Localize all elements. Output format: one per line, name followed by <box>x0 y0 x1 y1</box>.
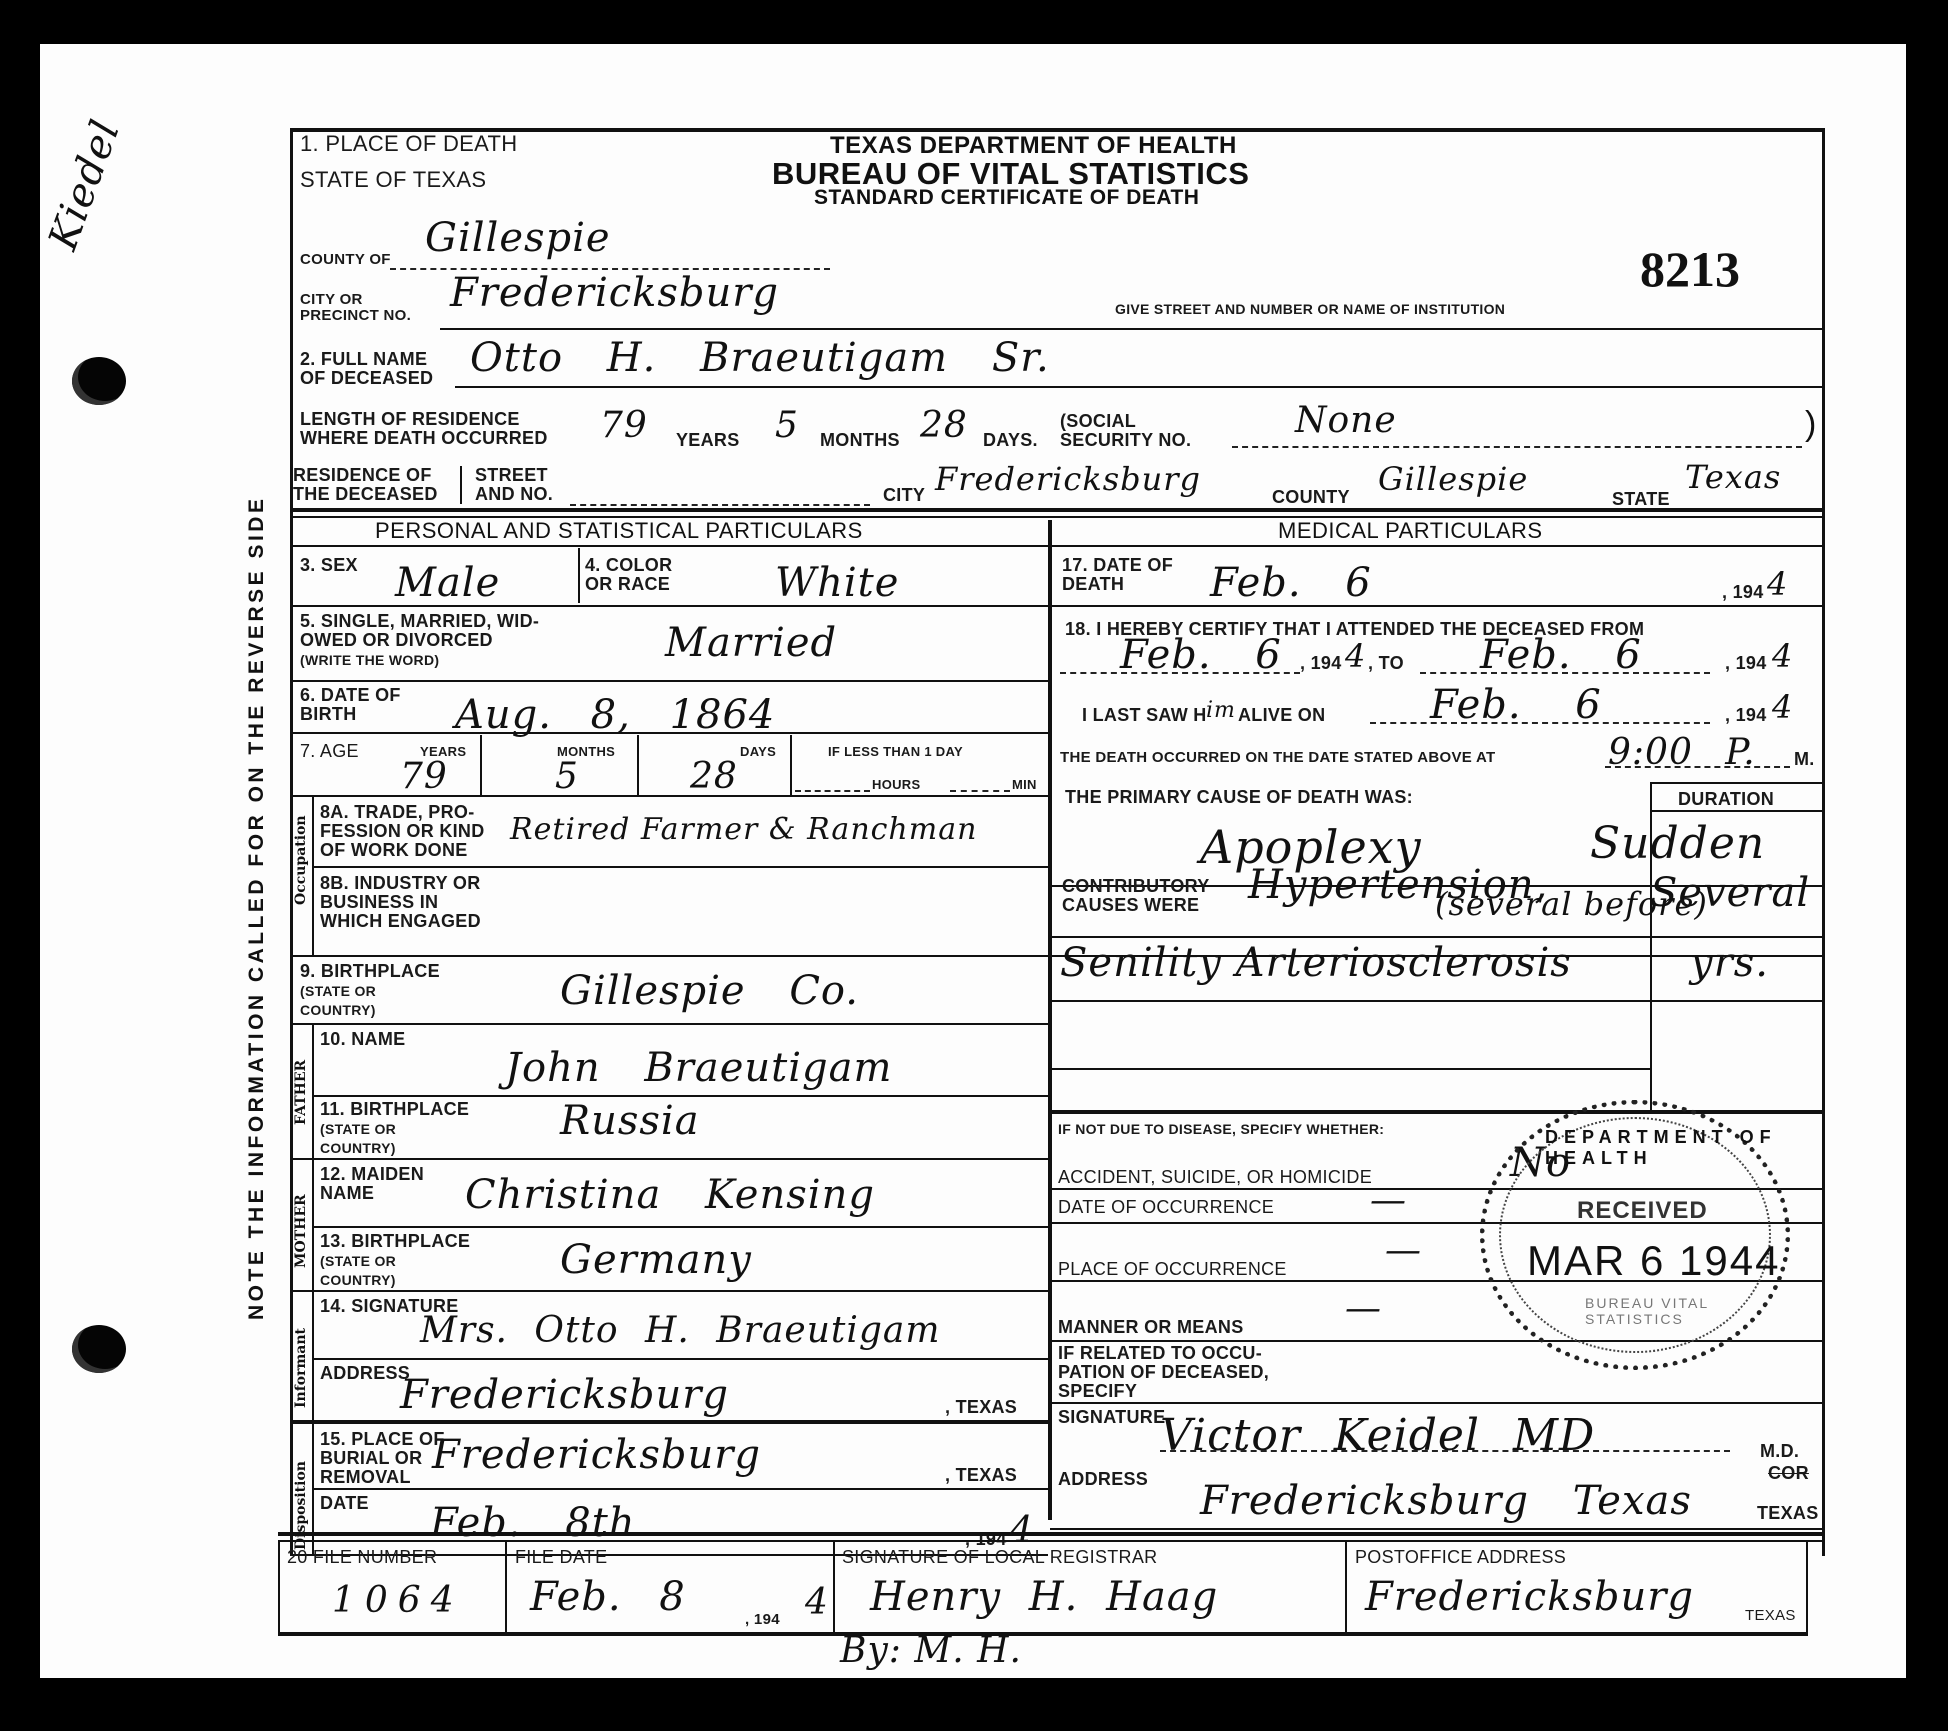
industry-label-line2: BUSINESS IN <box>320 892 438 912</box>
res-county-label: COUNTY <box>1272 488 1350 507</box>
residence-months-value[interactable]: 5 <box>775 405 799 446</box>
file-row-top-border-2 <box>278 1540 1825 1542</box>
stamp-bottom-text: BUREAU VITAL STATISTICS <box>1585 1295 1785 1327</box>
burial-label-line2: BURIAL OR <box>320 1448 422 1468</box>
father-name-value[interactable]: John Braeutigam <box>505 1045 892 1091</box>
father-birthplace-label-line1: 11. BIRTHPLACE <box>320 1099 469 1119</box>
years-label: YEARS <box>676 431 740 450</box>
marital-label-line1: 5. SINGLE, MARRIED, WID- <box>300 611 539 631</box>
sex-value[interactable]: Male <box>395 560 500 606</box>
industry-label: 8B. INDUSTRY ORBUSINESS INWHICH ENGAGED <box>320 874 481 931</box>
informant-texas-label: , TEXAS <box>945 1398 1017 1417</box>
row-divider-contributory-1 <box>1050 936 1825 938</box>
mother-birthplace-value[interactable]: Germany <box>560 1237 752 1283</box>
md-label: M.D. <box>1760 1442 1799 1461</box>
received-stamp: DEPARTMENT OF HEALTH RECEIVED MAR 6 1944… <box>1480 1100 1790 1370</box>
physician-texas-label: TEXAS <box>1757 1504 1819 1523</box>
contributory-label-line1: CONTRIBUTORY <box>1062 876 1210 896</box>
age-label: 7. AGE <box>300 742 359 761</box>
street-label: STREETAND NO. <box>475 466 553 504</box>
mother-name-label: 12. MAIDENNAME <box>320 1165 424 1203</box>
birthplace-label-line2: (STATE OR <box>300 983 376 999</box>
row-divider-contributory-2 <box>1050 1000 1825 1002</box>
medical-section-title: MEDICAL PARTICULARS <box>1278 518 1543 544</box>
occupation-related-label-line1: IF RELATED TO OCCU- <box>1058 1343 1262 1363</box>
manner-label: MANNER OR MEANS <box>1058 1318 1244 1337</box>
ssn-close-paren: ) <box>1805 405 1816 444</box>
attended-from-year-prefix: , 194 <box>1300 654 1342 673</box>
file-row-divider-2 <box>833 1540 835 1632</box>
mother-name-label-line2: NAME <box>320 1183 374 1203</box>
burial-texas-label: , TEXAS <box>945 1466 1017 1485</box>
section-header-divider <box>290 545 1825 547</box>
last-saw-underline <box>1370 722 1710 724</box>
marital-label: 5. SINGLE, MARRIED, WID-OWED OR DIVORCED… <box>300 612 539 669</box>
attended-from-underline <box>1060 672 1300 674</box>
primary-cause-label: THE PRIMARY CAUSE OF DEATH WAS: <box>1065 788 1413 807</box>
burial-label-line3: REMOVAL <box>320 1467 411 1487</box>
row-divider-father-name <box>312 1095 1048 1097</box>
full-name-label: 2. FULL NAMEOF DECEASED <box>300 350 433 388</box>
informant-tag-divider <box>312 1292 314 1420</box>
residence-length-label-line1: LENGTH OF RESIDENCE <box>300 409 520 429</box>
city-row-divider <box>440 328 1825 330</box>
residence-label: RESIDENCE OFTHE DECEASED <box>293 466 438 504</box>
row-divider-age <box>290 795 1048 797</box>
occurrence-date-label: DATE OF OCCURRENCE <box>1058 1198 1274 1217</box>
county-value[interactable]: Gillespie <box>425 215 611 261</box>
physician-address-label: ADDRESS <box>1058 1470 1148 1489</box>
death-time-suffix: M. <box>1794 750 1815 769</box>
file-date-label: FILE DATE <box>515 1548 607 1567</box>
residence-length-label: LENGTH OF RESIDENCEWHERE DEATH OCCURRED <box>300 410 548 448</box>
father-birthplace-label: 11. BIRTHPLACE(STATE ORCOUNTRY) <box>320 1100 469 1157</box>
city-value[interactable]: Fredericksburg <box>450 270 779 316</box>
date-of-death-label-line2: DEATH <box>1062 574 1124 594</box>
street-label-line2: AND NO. <box>475 484 553 504</box>
age-divider-3 <box>790 735 792 795</box>
reverse-side-note: NOTE THE INFORMATION CALLED FOR ON THE R… <box>245 496 269 1320</box>
ssn-label-line1: (SOCIAL <box>1060 411 1136 431</box>
min-label: MIN <box>1012 778 1037 792</box>
cor-label: COR <box>1768 1464 1809 1483</box>
file-year-prefix: , 194 <box>745 1612 780 1628</box>
race-label: 4. COLOROR RACE <box>585 556 672 594</box>
father-birthplace-label-line2: (STATE OR <box>320 1121 396 1137</box>
informant-address-value[interactable]: Fredericksburg <box>400 1372 729 1418</box>
last-saw-pronoun[interactable]: im <box>1206 698 1236 723</box>
father-tag: FATHER <box>293 1060 309 1125</box>
full-name-label-line1: 2. FULL NAME <box>300 349 427 369</box>
row-divider-death-date <box>1050 605 1825 607</box>
manner-value[interactable]: — <box>1345 1288 1382 1329</box>
trade-label-line2: FESSION OR KIND <box>320 821 485 841</box>
death-time-label: THE DEATH OCCURRED ON THE DATE STATED AB… <box>1060 750 1495 766</box>
county-label: COUNTY OF <box>300 252 391 268</box>
last-saw-label: I LAST SAW H <box>1082 706 1207 725</box>
mother-birthplace-label-line2: (STATE OR <box>320 1253 396 1269</box>
full-name-divider <box>455 386 1825 388</box>
street-hint: GIVE STREET AND NUMBER OR NAME OF INSTIT… <box>1115 302 1505 317</box>
postoffice-label: POSTOFFICE ADDRESS <box>1355 1548 1566 1567</box>
punch-hole-top <box>72 357 126 405</box>
birthplace-label: 9. BIRTHPLACE(STATE ORCOUNTRY) <box>300 962 440 1019</box>
residence-length-label-line2: WHERE DEATH OCCURRED <box>300 428 548 448</box>
age-months-value[interactable]: 5 <box>555 756 579 797</box>
registrar-label: SIGNATURE OF LOCAL REGISTRAR <box>842 1548 1157 1567</box>
disposition-tag: Disposition <box>293 1461 309 1550</box>
residence-days-value[interactable]: 28 <box>920 405 968 446</box>
last-saw-year-prefix: , 194 <box>1725 706 1767 725</box>
race-label-line1: 4. COLOR <box>585 555 672 575</box>
row-divider-mother-birthplace <box>290 1290 1048 1292</box>
city-label-line2: PRECINCT NO. <box>300 307 411 324</box>
occupation-related-label-line2: PATION OF DECEASED, <box>1058 1362 1269 1382</box>
burial-year-digit[interactable]: 4 <box>1010 1510 1034 1551</box>
contributory-duration-2[interactable]: yrs. <box>1690 940 1769 986</box>
last-saw-year-digit[interactable]: 4 <box>1772 688 1793 726</box>
age-days-value[interactable]: 28 <box>690 756 738 797</box>
hours-label: HOURS <box>872 778 920 792</box>
marital-value[interactable]: Married <box>665 620 837 666</box>
mother-birthplace-label-line3: COUNTRY) <box>320 1272 396 1288</box>
death-time-underline <box>1605 766 1790 768</box>
informant-address-label: ADDRESS <box>320 1364 410 1383</box>
trade-label-line1: 8A. TRADE, PRO- <box>320 802 475 822</box>
accident-label: ACCIDENT, SUICIDE, OR HOMICIDE <box>1058 1168 1372 1187</box>
date-of-death-year-digit[interactable]: 4 <box>1767 565 1788 603</box>
file-row-bottom-border <box>278 1632 1808 1636</box>
residence-divider <box>290 508 1825 512</box>
row-divider-burial <box>312 1488 1048 1490</box>
file-number-label: 20 FILE NUMBER <box>287 1548 437 1567</box>
date-of-death-label: 17. DATE OFDEATH <box>1062 556 1173 594</box>
residence-years-value[interactable]: 79 <box>600 405 648 446</box>
dob-label-line2: BIRTH <box>300 704 357 724</box>
primary-cause-duration[interactable]: Sudden <box>1590 818 1765 869</box>
res-state-label: STATE <box>1612 490 1670 509</box>
ssn-label: (SOCIALSECURITY NO. <box>1060 412 1191 450</box>
res-city-label: CITY <box>883 486 925 505</box>
contributory-label-line2: CAUSES WERE <box>1062 895 1199 915</box>
contributory-value-2[interactable]: Senility Arteriosclerosis <box>1060 940 1572 986</box>
ssn-underline <box>1232 446 1802 448</box>
date-of-death-label-line1: 17. DATE OF <box>1062 555 1173 575</box>
personal-section-title: PERSONAL AND STATISTICAL PARTICULARS <box>375 518 863 544</box>
contributory-label: CONTRIBUTORYCAUSES WERE <box>1062 877 1210 915</box>
age-years-value[interactable]: 79 <box>400 756 448 797</box>
burial-value[interactable]: Fredericksburg <box>432 1432 761 1478</box>
state-label: STATE OF TEXAS <box>300 168 486 191</box>
alive-on-label: ALIVE ON <box>1238 706 1325 725</box>
mother-birthplace-label-line1: 13. BIRTHPLACE <box>320 1231 470 1251</box>
mother-name-value[interactable]: Christina Kensing <box>465 1172 875 1218</box>
father-tag-divider <box>312 1025 314 1160</box>
marital-label-line3: (WRITE THE WORD) <box>300 652 439 668</box>
attended-from-year-digit[interactable]: 4 <box>1345 637 1366 675</box>
full-name-label-line2: OF DECEASED <box>300 368 433 388</box>
date-of-death-value[interactable]: Feb. 6 <box>1210 560 1372 606</box>
occurrence-place-value[interactable]: — <box>1385 1230 1422 1271</box>
mother-birthplace-label: 13. BIRTHPLACE(STATE ORCOUNTRY) <box>320 1232 470 1289</box>
industry-label-line3: WHICH ENGAGED <box>320 911 481 931</box>
contributory-duration-1[interactable]: Several <box>1650 870 1810 916</box>
street-underline <box>570 504 870 506</box>
age-divider-1 <box>480 735 482 795</box>
file-row-top-border <box>278 1532 1825 1536</box>
res-county-value[interactable]: Gillespie <box>1378 460 1528 498</box>
physician-signature-label: SIGNATURE <box>1058 1408 1165 1427</box>
less-than-day-label: IF LESS THAN 1 DAY <box>828 745 963 759</box>
stamp-received-label: RECEIVED <box>1577 1197 1708 1225</box>
days-label: DAYS. <box>983 431 1038 450</box>
residence-brace <box>460 466 462 504</box>
burial-date-label: DATE <box>320 1494 369 1513</box>
row-divider-father-birthplace <box>290 1158 1048 1160</box>
attended-to-underline <box>1420 672 1710 674</box>
row-divider-dob <box>290 732 1048 734</box>
ssn-label-line2: SECURITY NO. <box>1060 430 1191 450</box>
attended-to-year-digit[interactable]: 4 <box>1772 637 1793 675</box>
burial-label: 15. PLACE OFBURIAL ORREMOVAL <box>320 1430 445 1487</box>
sex-label: 3. SEX <box>300 556 358 575</box>
row-divider-physician-address <box>1050 1528 1825 1530</box>
stamp-received-date: MAR 6 1944 <box>1527 1237 1780 1285</box>
ssn-value[interactable]: None <box>1295 400 1397 441</box>
row-divider-sex <box>290 605 1048 607</box>
certificate-number: 8213 <box>1640 240 1740 298</box>
race-label-line2: OR RACE <box>585 574 670 594</box>
date-of-death-year-prefix: , 194 <box>1722 583 1764 602</box>
age-divider-2 <box>637 735 639 795</box>
occurrence-date-value[interactable]: — <box>1370 1180 1407 1221</box>
file-row-divider-3 <box>1345 1540 1347 1632</box>
informant-signature-value[interactable]: Mrs. Otto H. Braeutigam <box>420 1310 941 1351</box>
occupation-tag: Occupation <box>293 815 309 905</box>
physician-signature-underline <box>1160 1450 1730 1452</box>
age-days-label: DAYS <box>740 745 776 759</box>
city-label-line1: CITY OR <box>300 291 363 308</box>
hours-underline <box>795 790 870 792</box>
father-birthplace-label-line3: COUNTRY) <box>320 1140 396 1156</box>
registrar-value[interactable]: Henry H. Haag <box>870 1574 1218 1620</box>
punch-hole-bottom <box>72 1325 126 1373</box>
file-row-divider-1 <box>505 1540 507 1632</box>
birthplace-value[interactable]: Gillespie Co. <box>560 968 859 1014</box>
birthplace-label-line1: 9. BIRTHPLACE <box>300 961 440 981</box>
file-row-right-border <box>1806 1540 1808 1634</box>
occurrence-place-label: PLACE OF OCCURRENCE <box>1058 1260 1287 1279</box>
row-divider-birthplace <box>290 1023 1048 1025</box>
file-number-value[interactable]: 1064 <box>332 1580 464 1621</box>
trade-label-line3: OF WORK DONE <box>320 840 468 860</box>
row-divider-informant-sig <box>312 1358 1048 1360</box>
row-divider-informant <box>290 1420 1048 1424</box>
sex-race-divider <box>578 548 580 603</box>
trade-label: 8A. TRADE, PRO-FESSION OR KINDOF WORK DO… <box>320 803 485 860</box>
place-of-death-label: 1. PLACE OF DEATH <box>300 132 517 155</box>
row-divider-marital <box>290 680 1048 682</box>
file-row-left-border <box>278 1540 280 1634</box>
duration-label: DURATION <box>1678 790 1774 809</box>
dob-label: 6. DATE OFBIRTH <box>300 686 401 724</box>
column-divider <box>1048 520 1052 1520</box>
row-divider-cause-section <box>1050 1110 1825 1114</box>
res-state-value[interactable]: Texas <box>1685 458 1781 496</box>
physician-signature-value[interactable]: Victor Keidel MD <box>1160 1410 1595 1461</box>
row-divider-trade <box>312 866 1048 868</box>
file-year-digit[interactable]: 4 <box>805 1582 829 1623</box>
residence-label-line1: RESIDENCE OF <box>293 465 432 485</box>
to-label: , TO <box>1368 654 1404 673</box>
row-divider-contributory-3 <box>1050 1068 1650 1070</box>
burial-label-line1: 15. PLACE OF <box>320 1429 445 1449</box>
min-underline <box>950 790 1010 792</box>
street-label-line1: STREET <box>475 465 548 485</box>
attended-to-year-prefix: , 194 <box>1725 654 1767 673</box>
dob-label-line1: 6. DATE OF <box>300 685 401 705</box>
stamp-ring-text: DEPARTMENT OF HEALTH <box>1545 1127 1785 1169</box>
res-city-value[interactable]: Fredericksburg <box>935 460 1201 498</box>
informant-tag: Informant <box>293 1328 309 1408</box>
postoffice-texas-label: TEXAS <box>1745 1608 1796 1624</box>
postoffice-value[interactable]: Fredericksburg <box>1365 1574 1694 1620</box>
city-label: CITY ORPRECINCT NO. <box>300 292 411 324</box>
contributory-value-1[interactable]: Hypertension, <box>1248 862 1548 908</box>
months-label: MONTHS <box>820 431 900 450</box>
occupation-related-label-line3: SPECIFY <box>1058 1381 1137 1401</box>
occupation-tag-divider <box>312 797 314 957</box>
full-name-value[interactable]: Otto H. Braeutigam Sr. <box>470 335 1050 381</box>
marital-label-line2: OWED OR DIVORCED <box>300 630 493 650</box>
row-divider-industry <box>290 955 1048 957</box>
form-title: STANDARD CERTIFICATE OF DEATH <box>814 186 1199 210</box>
trade-value[interactable]: Retired Farmer & Ranchman <box>510 812 977 847</box>
registrar-by[interactable]: By: M. H. <box>840 1630 1022 1671</box>
occupation-related-label: IF RELATED TO OCCU-PATION OF DECEASED,SP… <box>1058 1344 1269 1401</box>
mother-tag: MOTHER <box>293 1194 309 1268</box>
father-name-label: 10. NAME <box>320 1030 405 1049</box>
industry-label-line1: 8B. INDUSTRY OR <box>320 873 481 893</box>
father-birthplace-value[interactable]: Russia <box>560 1098 700 1144</box>
residence-label-line2: THE DECEASED <box>293 484 438 504</box>
row-divider-occupation-related <box>1050 1402 1825 1404</box>
file-date-value[interactable]: Feb. 8 <box>530 1574 686 1620</box>
race-value[interactable]: White <box>775 560 899 606</box>
row-divider-mother-name <box>312 1226 1048 1228</box>
mother-name-label-line1: 12. MAIDEN <box>320 1164 424 1184</box>
birthplace-label-line3: COUNTRY) <box>300 1002 376 1018</box>
physician-address-value[interactable]: Fredericksburg Texas <box>1200 1478 1692 1524</box>
not-disease-label: IF NOT DUE TO DISEASE, SPECIFY WHETHER: <box>1058 1122 1384 1137</box>
